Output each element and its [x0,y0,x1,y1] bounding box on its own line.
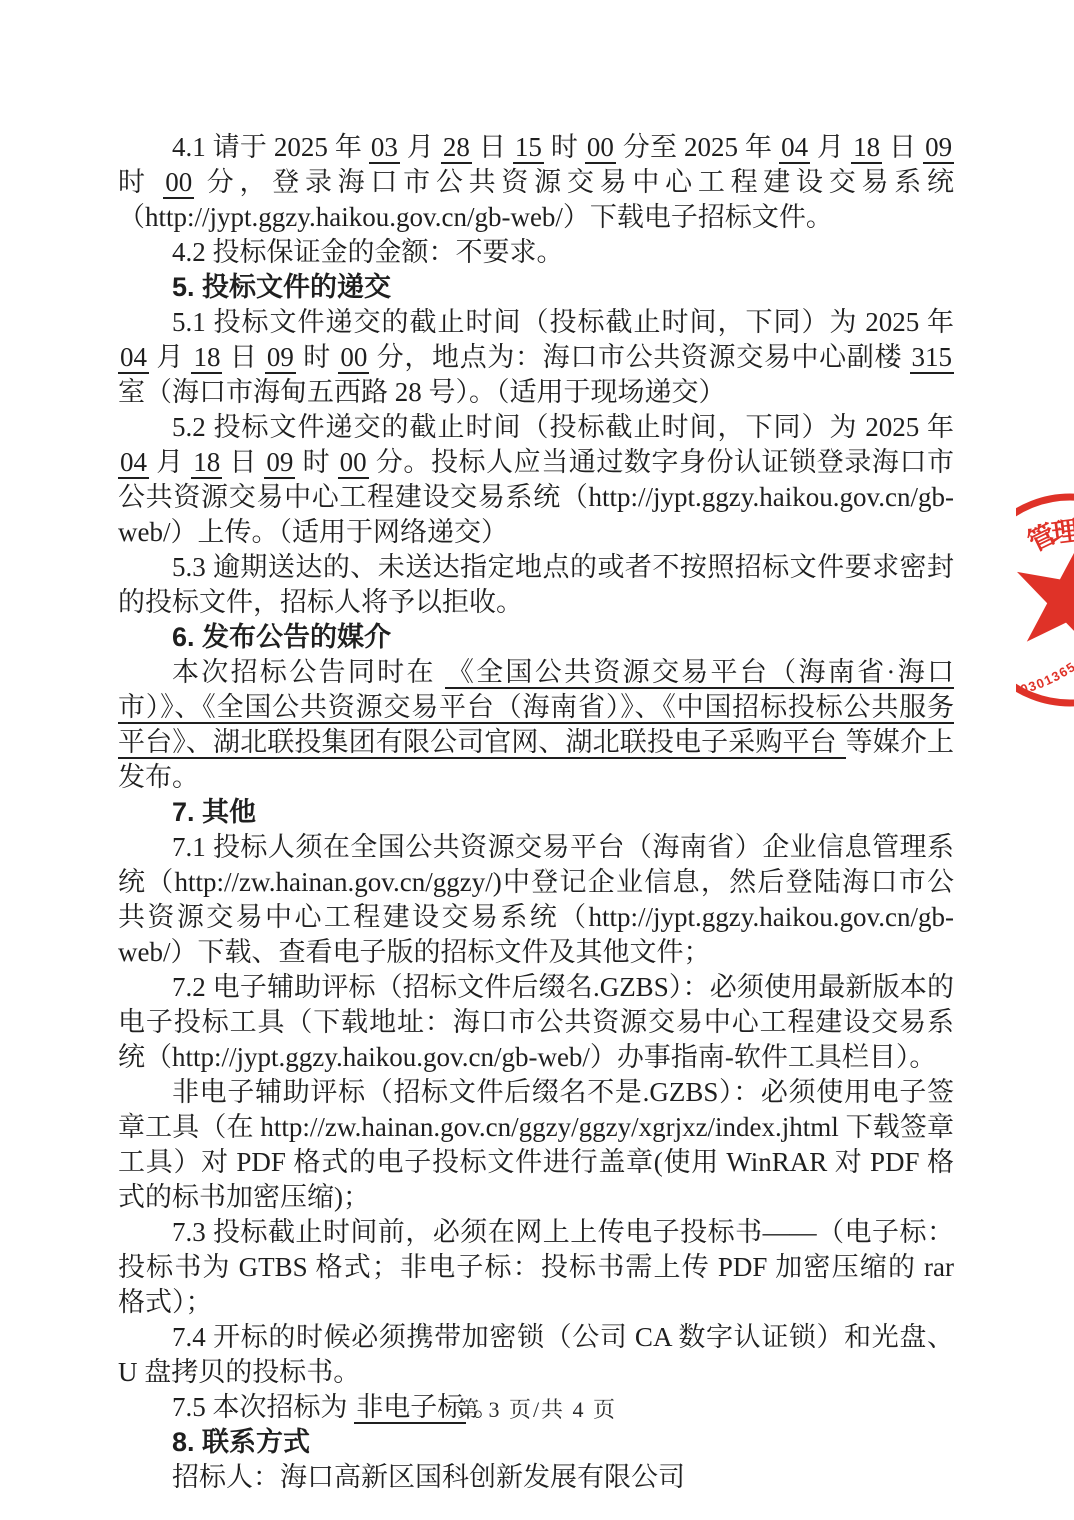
text-run: 时 [295,447,337,477]
text-run: 月 [810,132,851,162]
clause-7-4: 7.4 开标的时候必须携带加密锁（公司 CA 数字认证锁）和光盘、U 盘拷贝的投… [118,1320,954,1390]
heading-7: 7. 其他 [118,795,954,830]
text-run: 日 [882,132,923,162]
underlined-text: 09 [265,342,296,374]
underlined-text: 03 [369,132,400,164]
text-run: 时 [296,342,338,372]
text-run: 7.2 电子辅助评标（招标文件后缀名.GZBS）：必须使用最新版本的电子投标工具… [118,972,954,1072]
text-run: 日 [222,447,264,477]
text-run: 分，地点为：海口市公共资源交易中心副楼 [369,342,909,372]
underlined-text: 04 [118,447,149,479]
seal-serial: 0301365 [1019,659,1074,697]
underlined-text: 00 [338,447,369,479]
underlined-text: 09 [923,132,954,164]
clause-6-body: 本次招标公告同时在 《全国公共资源交易平台（海南省·海口市）》、《全国公共资源交… [118,655,954,795]
text-run: 月 [149,447,191,477]
text-run: 7.3 投标截止时间前，必须在网上上传电子投标书——（电子标：投标书为 GTBS… [118,1217,954,1317]
text-run: 时 [118,167,163,197]
text-run: 7.4 开标的时候必须携带加密锁（公司 CA 数字认证锁）和光盘、U 盘拷贝的投… [118,1322,954,1387]
clause-7-2: 7.2 电子辅助评标（招标文件后缀名.GZBS）：必须使用最新版本的电子投标工具… [118,970,954,1075]
text-run: 5.1 投标文件递交的截止时间（投标截止时间，下同）为 2025 年 [172,307,954,337]
text-run: 5. 投标文件的递交 [172,272,391,302]
underlined-text: 09 [264,447,295,479]
text-run: 日 [472,132,513,162]
text-run: 非电子辅助评标（招标文件后缀名不是.GZBS）：必须使用电子签章工具（在 htt… [118,1077,954,1212]
text-run: 6. 发布公告的媒介 [172,622,391,652]
text-run: 4.1 请于 2025 年 [172,132,369,162]
underlined-text: 04 [779,132,810,164]
heading-8: 8. 联系方式 [118,1425,954,1460]
heading-5: 5. 投标文件的递交 [118,270,954,305]
text-run: 分至 2025 年 [616,132,779,162]
text-run: 室（海口市海甸五西路 28 号）。（适用于现场递交） [118,377,726,407]
clause-4-1: 4.1 请于 2025 年 03 月 28 日 15 时 00 分至 2025 … [118,130,954,235]
page-footer: 第 3 页/共 4 页 [0,1393,1074,1424]
text-run: 4.2 投标保证金的金额：不要求。 [172,237,564,267]
clause-7-3: 7.3 投标截止时间前，必须在网上上传电子投标书——（电子标：投标书为 GTBS… [118,1215,954,1320]
underlined-text: 28 [441,132,472,164]
underlined-text: 18 [191,447,222,479]
clause-7-1: 7.1 投标人须在全国公共资源交易平台（海南省）企业信息管理系统（http://… [118,830,954,970]
underlined-text: 315 [910,342,955,374]
underlined-text: 18 [851,132,882,164]
text-run: 本次招标公告同时在 [172,657,445,687]
text-run: 日 [222,342,264,372]
clause-7-2b: 非电子辅助评标（招标文件后缀名不是.GZBS）：必须使用电子签章工具（在 htt… [118,1075,954,1215]
official-red-seal-icon: 管 理 0301365 [1016,488,1074,713]
text-run: 7. 其他 [172,797,256,827]
underlined-text: 18 [191,342,222,374]
underlined-text: 00 [338,342,369,374]
document-body: 4.1 请于 2025 年 03 月 28 日 15 时 00 分至 2025 … [118,130,954,1495]
underlined-text: 04 [118,342,149,374]
text-run: 5.2 投标文件递交的截止时间（投标截止时间，下同）为 2025 年 [172,412,954,442]
seal-char: 理 [1050,515,1074,548]
clause-5-1: 5.1 投标文件递交的截止时间（投标截止时间，下同）为 2025 年 04 月 … [118,305,954,410]
underlined-text: 15 [513,132,544,164]
document-page: 4.1 请于 2025 年 03 月 28 日 15 时 00 分至 2025 … [0,0,1074,1520]
text-run: 8. 联系方式 [172,1427,310,1457]
text-run: 时 [544,132,585,162]
text-run: 月 [149,342,191,372]
text-run: 招标人：海口高新区国科创新发展有限公司 [172,1462,685,1492]
contact-tenderer: 招标人：海口高新区国科创新发展有限公司 [118,1460,954,1495]
underlined-text: 00 [163,167,194,199]
text-run: 7.1 投标人须在全国公共资源交易平台（海南省）企业信息管理系统（http://… [118,832,954,967]
text-run: 5.3 逾期送达的、未送达指定地点的或者不按照招标文件要求密封的投标文件，招标人… [118,552,954,617]
heading-6: 6. 发布公告的媒介 [118,620,954,655]
text-run: 分，登录海口市公共资源交易中心工程建设交易系统（http://jypt.ggzy… [118,167,954,232]
clause-5-2: 5.2 投标文件递交的截止时间（投标截止时间，下同）为 2025 年 04 月 … [118,410,954,550]
clause-4-2: 4.2 投标保证金的金额：不要求。 [118,235,954,270]
clause-5-3: 5.3 逾期送达的、未送达指定地点的或者不按照招标文件要求密封的投标文件，招标人… [118,550,954,620]
text-run: 月 [400,132,441,162]
underlined-text: 00 [585,132,616,164]
